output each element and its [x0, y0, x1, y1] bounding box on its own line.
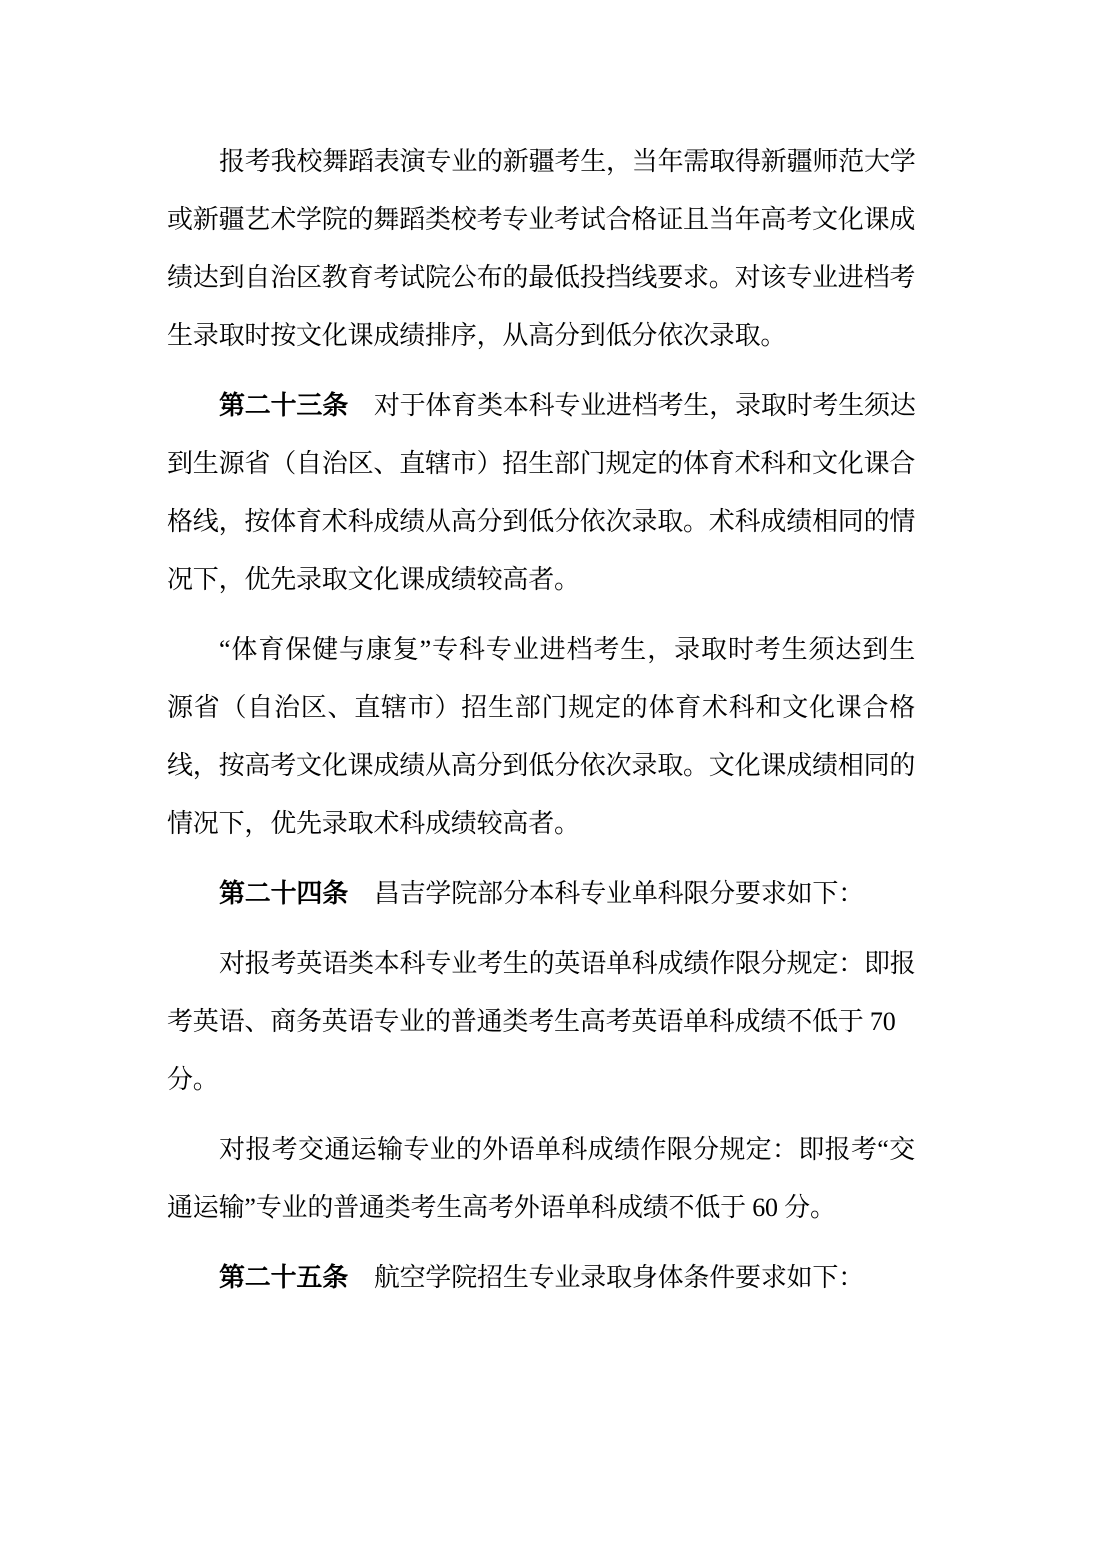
- text-line: 线，按高考文化课成绩从高分到低分依次录取。文化课成绩相同的: [167, 737, 915, 795]
- paragraph: 对报考交通运输专业的外语单科成绩作限分规定：即报考“交通运输”专业的普通类考生高…: [167, 1121, 915, 1237]
- text-line: 源省（自治区、直辖市）招生部门规定的体育术科和文化课合格: [167, 679, 915, 737]
- text-line: 分。: [167, 1051, 915, 1109]
- article-heading-text: 航空学院招生专业录取身体条件要求如下：: [348, 1263, 864, 1292]
- text-line: 生录取时按文化课成绩排序，从高分到低分依次录取。: [167, 307, 915, 365]
- text-line: 第二十三条 对于体育类本科专业进档考生，录取时考生须达: [167, 377, 915, 435]
- text-line: 考英语、商务英语专业的普通类考生高考英语单科成绩不低于 70: [167, 993, 915, 1051]
- document-body: 报考我校舞蹈表演专业的新疆考生，当年需取得新疆师范大学或新疆艺术学院的舞蹈类校考…: [167, 133, 915, 1307]
- text-line: 到生源省（自治区、直辖市）招生部门规定的体育术科和文化课合: [167, 435, 915, 493]
- paragraph: “体育保健与康复”专科专业进档考生，录取时考生须达到生源省（自治区、直辖市）招生…: [167, 621, 915, 853]
- paragraph: 第二十三条 对于体育类本科专业进档考生，录取时考生须达到生源省（自治区、直辖市）…: [167, 377, 915, 609]
- text-line: 对报考英语类本科专业考生的英语单科成绩作限分规定：即报: [167, 935, 915, 993]
- article-number: 第二十五条: [219, 1263, 348, 1292]
- text-line: 况下，优先录取文化课成绩较高者。: [167, 551, 915, 609]
- document-page: 报考我校舞蹈表演专业的新疆考生，当年需取得新疆师范大学或新疆艺术学院的舞蹈类校考…: [0, 0, 1102, 1559]
- text-line: “体育保健与康复”专科专业进档考生，录取时考生须达到生: [167, 621, 915, 679]
- article-number: 第二十三条: [219, 391, 348, 420]
- paragraph: 对报考英语类本科专业考生的英语单科成绩作限分规定：即报考英语、商务英语专业的普通…: [167, 935, 915, 1109]
- text-line: 报考我校舞蹈表演专业的新疆考生，当年需取得新疆师范大学: [167, 133, 915, 191]
- text-line: 或新疆艺术学院的舞蹈类校考专业考试合格证且当年高考文化课成: [167, 191, 915, 249]
- paragraph: 第二十五条 航空学院招生专业录取身体条件要求如下：: [167, 1249, 915, 1307]
- article-heading-text: 对于体育类本科专业进档考生，录取时考生须达: [348, 391, 915, 420]
- text-line: 通运输”专业的普通类考生高考外语单科成绩不低于 60 分。: [167, 1179, 915, 1237]
- article-number: 第二十四条: [219, 879, 348, 908]
- text-line: 情况下，优先录取术科成绩较高者。: [167, 795, 915, 853]
- text-line: 第二十四条 昌吉学院部分本科专业单科限分要求如下：: [167, 865, 915, 923]
- article-heading-text: 昌吉学院部分本科专业单科限分要求如下：: [348, 879, 864, 908]
- text-line: 第二十五条 航空学院招生专业录取身体条件要求如下：: [167, 1249, 915, 1307]
- text-line: 格线，按体育术科成绩从高分到低分依次录取。术科成绩相同的情: [167, 493, 915, 551]
- text-line: 绩达到自治区教育考试院公布的最低投挡线要求。对该专业进档考: [167, 249, 915, 307]
- paragraph: 第二十四条 昌吉学院部分本科专业单科限分要求如下：: [167, 865, 915, 923]
- paragraph: 报考我校舞蹈表演专业的新疆考生，当年需取得新疆师范大学或新疆艺术学院的舞蹈类校考…: [167, 133, 915, 365]
- text-line: 对报考交通运输专业的外语单科成绩作限分规定：即报考“交: [167, 1121, 915, 1179]
